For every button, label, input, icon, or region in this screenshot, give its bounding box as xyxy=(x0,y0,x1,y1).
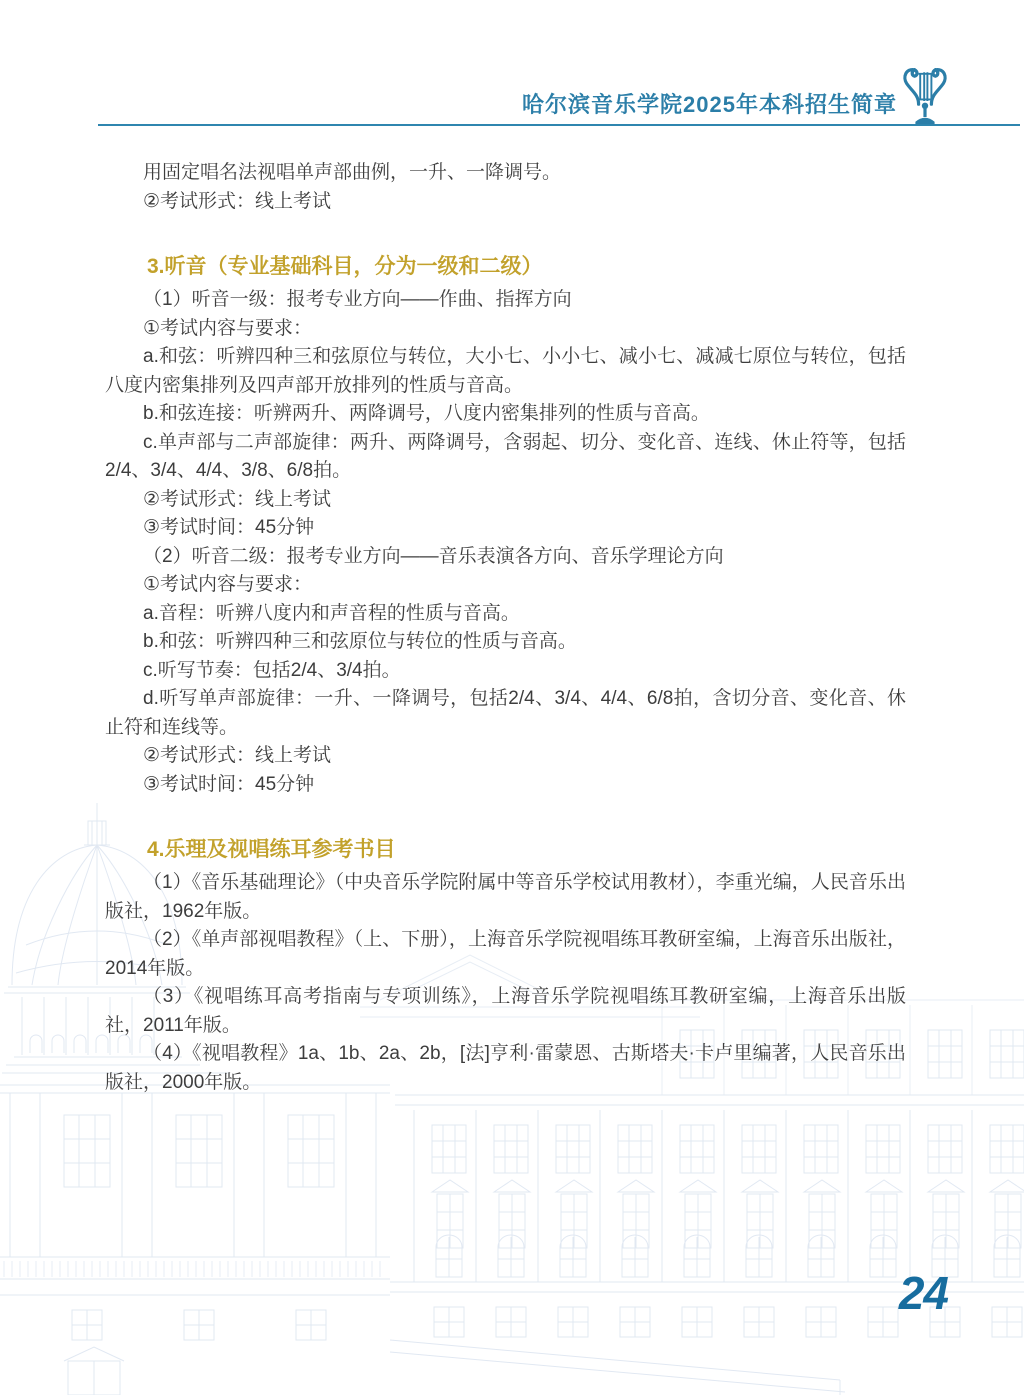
paragraph: b.和弦连接：听辨两升、两降调号，八度内密集排列的性质与音高。 xyxy=(105,400,906,429)
document-body: 用固定唱名法视唱单声部曲例，一升、一降调号。②考试形式：线上考试3.听音（专业基… xyxy=(105,159,906,1097)
paragraph: （2）《单声部视唱教程》（上、下册），上海音乐学院视唱练耳教研室编，上海音乐出版… xyxy=(105,926,906,983)
lyre-icon xyxy=(901,64,949,130)
paragraph: d.听写单声部旋律：一升、一降调号，包括2/4、3/4、4/4、6/8拍，含切分… xyxy=(105,685,906,742)
header-title: 哈尔滨音乐学院2025年本科招生简章 xyxy=(522,88,897,119)
paragraph: a.音程：听辨八度内和声音程的性质与音高。 xyxy=(105,600,906,629)
paragraph: c.听写节奏：包括2/4、3/4拍。 xyxy=(105,657,906,686)
paragraph: ②考试形式：线上考试 xyxy=(105,188,906,217)
paragraph: ②考试形式：线上考试 xyxy=(105,742,906,771)
paragraph: c.单声部与二声部旋律：两升、两降调号，含弱起、切分、变化音、连线、休止符等，包… xyxy=(105,429,906,486)
paragraph: （3）《视唱练耳高考指南与专项训练》，上海音乐学院视唱练耳教研室编，上海音乐出版… xyxy=(105,983,906,1040)
paragraph: ③考试时间：45分钟 xyxy=(105,514,906,543)
page-number: 24 xyxy=(899,1266,948,1320)
section-heading: 3.听音（专业基础科目，分为一级和二级） xyxy=(105,252,906,282)
paragraph: b.和弦：听辨四种三和弦原位与转位的性质与音高。 xyxy=(105,628,906,657)
paragraph: a.和弦：听辨四种三和弦原位与转位，大小七、小小七、减小七、减减七原位与转位，包… xyxy=(105,343,906,400)
header-rule xyxy=(98,124,1020,126)
paragraph: （1）听音一级：报考专业方向——作曲、指挥方向 xyxy=(105,286,906,315)
paragraph: （1）《音乐基础理论》（中央音乐学院附属中等音乐学校试用教材），李重光编，人民音… xyxy=(105,869,906,926)
paragraph: （2）听音二级：报考专业方向——音乐表演各方向、音乐学理论方向 xyxy=(105,543,906,572)
paragraph: （4）《视唱教程》1a、1b、2a、2b，[法]亨利·雷蒙恩、古斯塔夫·卡卢里编… xyxy=(105,1040,906,1097)
section-heading: 4.乐理及视唱练耳参考书目 xyxy=(105,835,906,865)
paragraph: ③考试时间：45分钟 xyxy=(105,771,906,800)
paragraph: ①考试内容与要求： xyxy=(105,315,906,344)
paragraph: ①考试内容与要求： xyxy=(105,571,906,600)
paragraph: 用固定唱名法视唱单声部曲例，一升、一降调号。 xyxy=(105,159,906,188)
paragraph: ②考试形式：线上考试 xyxy=(105,486,906,515)
gate xyxy=(64,1347,124,1395)
